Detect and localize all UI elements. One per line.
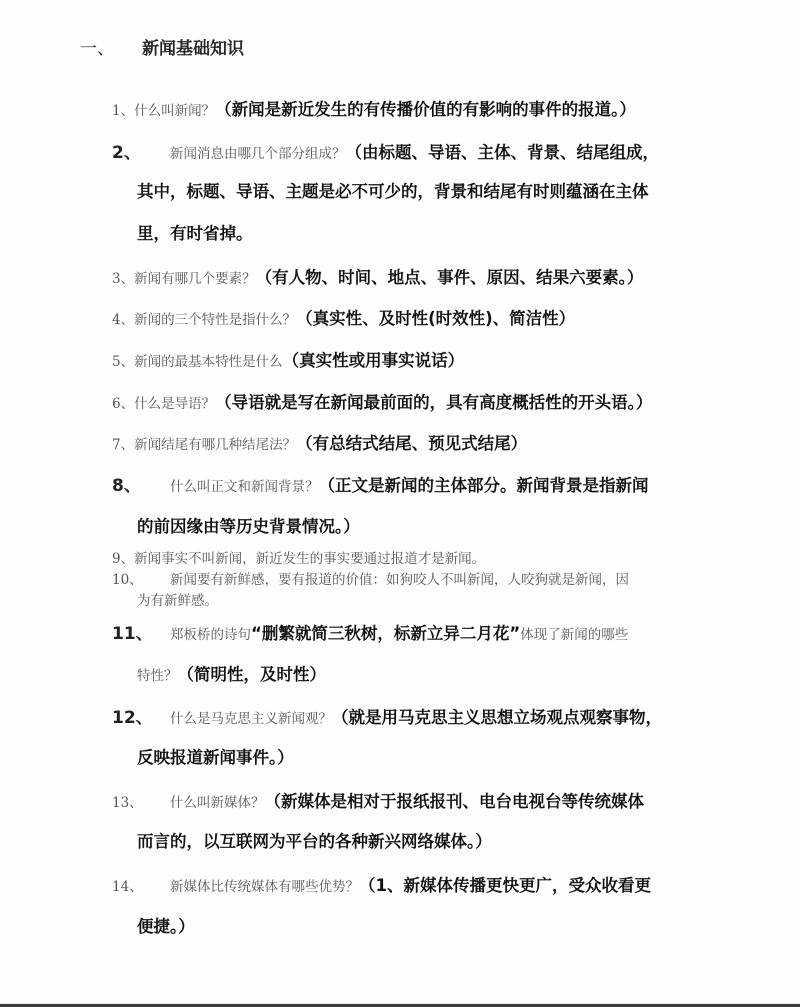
list-item-10-continuation: 为有新鲜感。 <box>137 589 218 609</box>
list-item-6: 6、什么是导语？（导语就是写在新闻最前面的，具有高度概括性的开头语。） <box>112 389 652 413</box>
item-number: 13、 <box>112 791 170 811</box>
list-item-5: 5、新闻的最基本特性是什么（真实性或用事实说话） <box>112 347 464 371</box>
item-answer: （新媒体是相对于报纸报刊、电台电视台等传统媒体 <box>265 792 645 811</box>
item-answer: 里，有时省掉。 <box>137 224 253 243</box>
list-item-9: 9、新闻事实不叫新闻，新近发生的事实要通过报道才是新闻。 <box>112 547 485 567</box>
list-item-1: 1、什么叫新闻？（新闻是新近发生的有传播价值的有影响的事件的报道。） <box>112 96 636 120</box>
list-item-13-continuation: 而言的，以互联网为平台的各种新兴网络媒体。） <box>137 828 492 852</box>
item-question: 新闻消息由哪几个部分组成？ <box>170 146 346 162</box>
list-item-13: 13、什么叫新媒体？（新媒体是相对于报纸报刊、电台电视台等传统媒体 <box>112 788 644 812</box>
item-number: 3、 <box>112 271 134 287</box>
document-page: 一、新闻基础知识 1、什么叫新闻？（新闻是新近发生的有传播价值的有影响的事件的报… <box>0 0 800 1007</box>
item-answer: （正文是新闻的主体部分。新闻背景是指新闻 <box>319 476 649 495</box>
item-question: 新媒体比传统媒体有哪些优势？ <box>170 879 359 895</box>
item-question: 什么叫正文和新闻背景？ <box>170 479 319 495</box>
item-number: 7、 <box>112 437 134 453</box>
list-item-11: 11、郑板桥的诗句“删繁就简三秋树，标新立异二月花”体现了新闻的哪些 <box>112 619 628 644</box>
list-item-2-continuation: 其中，标题、导语、主题是必不可少的，背景和结尾有时则蕴涵在主体 <box>137 178 649 202</box>
list-item-3: 3、新闻有哪几个要素？（有人物、时间、地点、事件、原因、结果六要素。） <box>112 264 643 288</box>
item-text: 为有新鲜感。 <box>137 593 218 609</box>
list-item-8: 8、什么叫正文和新闻背景？（正文是新闻的主体部分。新闻背景是指新闻 <box>112 471 649 496</box>
list-item-2: 2、新闻消息由哪几个部分组成？（由标题、导语、主体、背景、结尾组成， <box>112 138 659 163</box>
item-number: 9、 <box>112 551 134 567</box>
item-question: 体现了新闻的哪些 <box>520 627 628 643</box>
list-item-2-continuation: 里，有时省掉。 <box>137 220 253 244</box>
item-answer: （由标题、导语、主体、背景、结尾组成， <box>346 143 660 162</box>
item-number: 2、 <box>112 138 170 163</box>
list-item-12: 12、什么是马克思主义新闻观？（就是用马克思主义思想立场观点观察事物， <box>112 703 662 728</box>
item-answer: 的前因缘由等历史背景情况。） <box>137 517 360 536</box>
list-item-10: 10、新闻要有新鲜感，要有报道的价值：如狗咬人不叫新闻，人咬狗就是新闻，因 <box>112 568 629 588</box>
item-question: 新闻有哪几个要素？ <box>134 271 256 287</box>
item-number: 11、 <box>112 619 170 644</box>
item-question: 什么是导语？ <box>134 396 215 412</box>
item-answer: （导语就是写在新闻最前面的，具有高度概括性的开头语。） <box>215 393 652 412</box>
item-answer: 便捷。） <box>137 917 195 936</box>
section-number: 一、 <box>80 34 142 59</box>
item-number: 1、 <box>112 103 134 119</box>
item-question: 什么是马克思主义新闻观？ <box>170 711 332 727</box>
item-answer: 反映报道新闻事件。） <box>137 748 294 767</box>
item-number: 8、 <box>112 471 170 496</box>
item-answer: （1、新媒体传播更快更广，受众收看更 <box>359 876 651 895</box>
list-item-11-continuation: 特性？（简明性，及时性） <box>137 661 326 685</box>
item-answer: 而言的，以互联网为平台的各种新兴网络媒体。） <box>137 832 492 851</box>
item-question: 新闻的三个特性是指什么？ <box>134 312 296 328</box>
item-number: 4、 <box>112 312 134 328</box>
section-title: 新闻基础知识 <box>142 39 244 59</box>
item-answer: （简明性，及时性） <box>178 665 327 684</box>
list-item-12-continuation: 反映报道新闻事件。） <box>137 744 294 768</box>
list-item-4: 4、新闻的三个特性是指什么？（真实性、及时性(时效性)、简洁性） <box>112 305 575 329</box>
item-answer: （真实性或用事实说话） <box>283 351 465 370</box>
list-item-14: 14、新媒体比传统媒体有哪些优势？（1、新媒体传播更快更广，受众收看更 <box>112 872 651 896</box>
item-answer: （有总结式结尾、预见式结尾） <box>296 434 527 453</box>
list-item-14-continuation: 便捷。） <box>137 913 195 937</box>
item-text: 新闻事实不叫新闻，新近发生的事实要通过报道才是新闻。 <box>134 551 485 567</box>
item-quote: “删繁就简三秋树，标新立异二月花” <box>251 624 520 643</box>
item-number: 5、 <box>112 354 134 370</box>
item-answer: 其中，标题、导语、主题是必不可少的，背景和结尾有时则蕴涵在主体 <box>137 182 649 201</box>
item-question: 郑板桥的诗句 <box>170 627 251 643</box>
item-answer: （新闻是新近发生的有传播价值的有影响的事件的报道。） <box>215 100 636 119</box>
item-question: 什么叫新闻？ <box>134 103 215 119</box>
item-question: 新闻的最基本特性是什么 <box>134 354 283 370</box>
item-number: 12、 <box>112 703 170 728</box>
item-question: 新闻结尾有哪几种结尾法？ <box>134 437 296 453</box>
section-heading: 一、新闻基础知识 <box>80 34 244 59</box>
list-item-7: 7、新闻结尾有哪几种结尾法？（有总结式结尾、预见式结尾） <box>112 430 527 454</box>
item-number: 14、 <box>112 875 170 895</box>
list-item-8-continuation: 的前因缘由等历史背景情况。） <box>137 513 360 537</box>
item-question: 什么叫新媒体？ <box>170 795 265 811</box>
item-number: 6、 <box>112 396 134 412</box>
item-text: 新闻要有新鲜感，要有报道的价值：如狗咬人不叫新闻，人咬狗就是新闻，因 <box>170 572 629 588</box>
item-answer: （就是用马克思主义思想立场观点观察事物， <box>332 708 662 727</box>
item-answer: （有人物、时间、地点、事件、原因、结果六要素。） <box>256 268 644 287</box>
item-question: 特性？ <box>137 668 178 684</box>
item-answer: （真实性、及时性(时效性)、简洁性） <box>296 309 575 328</box>
item-number: 10、 <box>112 568 170 588</box>
